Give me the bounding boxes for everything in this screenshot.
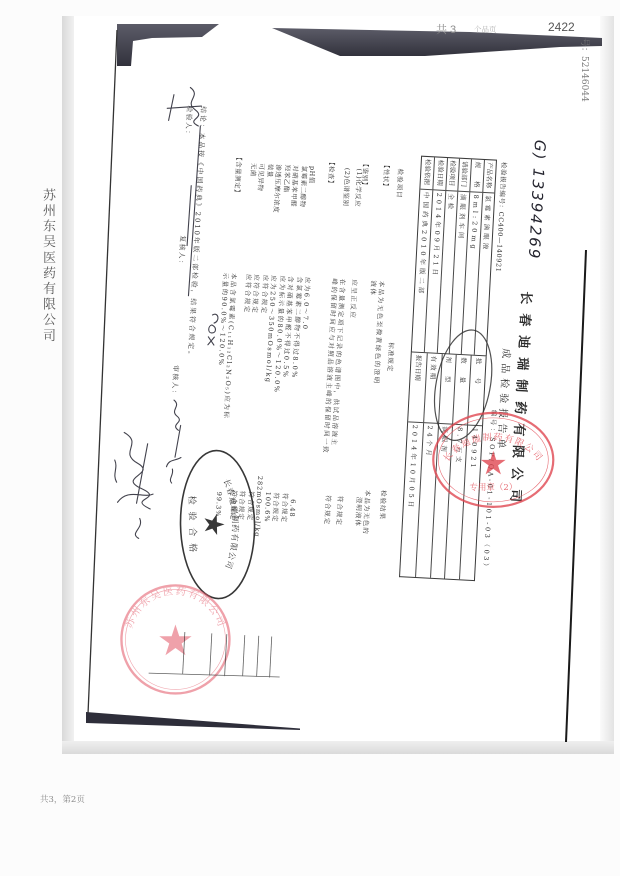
star-icon bbox=[204, 514, 224, 535]
qc-pass-stamp: 长春迪瑞制药有限公司 检 验 合 格 bbox=[179, 450, 256, 599]
copy-edge-shadow-top-left bbox=[117, 24, 219, 66]
margin-scribble bbox=[166, 86, 202, 126]
red-circle-stamp-arc-text: 苏州东吴医药有限公司 bbox=[122, 584, 228, 630]
fax-number: 号：52146044 bbox=[579, 38, 592, 102]
partial-table-rule bbox=[243, 635, 245, 676]
inspection-report: G) 13394269 长春迪瑞制药有限公司 成品检验报告单 检验报告编号：CC… bbox=[61, 60, 563, 704]
fax-header-label: 个品页 bbox=[474, 24, 497, 35]
partial-table-rule bbox=[270, 637, 272, 678]
partial-table-rule bbox=[257, 636, 259, 677]
fax-page-total: 共 3 bbox=[436, 21, 456, 37]
stamp-overlay: 长春迪瑞制药有限公司 专用章（2） 长春迪瑞制药有限公司 检 验 合 格 苏州东… bbox=[50, 60, 563, 724]
qc-pass-stamp-arc-text: 长春迪瑞制药有限公司 bbox=[222, 478, 242, 571]
fax-header-number: 2422 bbox=[548, 20, 575, 34]
star-icon bbox=[481, 451, 506, 475]
red-oval-stamp: 长春迪瑞制药有限公司 专用章（2） bbox=[433, 413, 553, 507]
page-footer: 共3，第2页 bbox=[40, 793, 85, 805]
partial-table-rule bbox=[210, 633, 212, 675]
red-oval-stamp-inner-text: 专用章（2） bbox=[469, 482, 517, 493]
star-icon bbox=[159, 624, 191, 655]
copy-edge-shadow-bottom bbox=[86, 712, 300, 730]
handwriting bbox=[111, 85, 230, 542]
copy-edge-right bbox=[566, 250, 586, 742]
red-circle-stamp: 苏州东吴医药有限公司 bbox=[121, 584, 229, 693]
side-company-name: 苏州东吴医药有限公司 bbox=[38, 188, 57, 344]
signature-scribble bbox=[166, 400, 184, 484]
qa-oval-stamp bbox=[426, 325, 500, 445]
initials-scribble bbox=[208, 314, 218, 345]
signature-scribble bbox=[111, 432, 156, 539]
conclusion-mark bbox=[184, 126, 200, 296]
qc-pass-stamp-inner-text: 检 验 合 格 bbox=[186, 496, 199, 555]
